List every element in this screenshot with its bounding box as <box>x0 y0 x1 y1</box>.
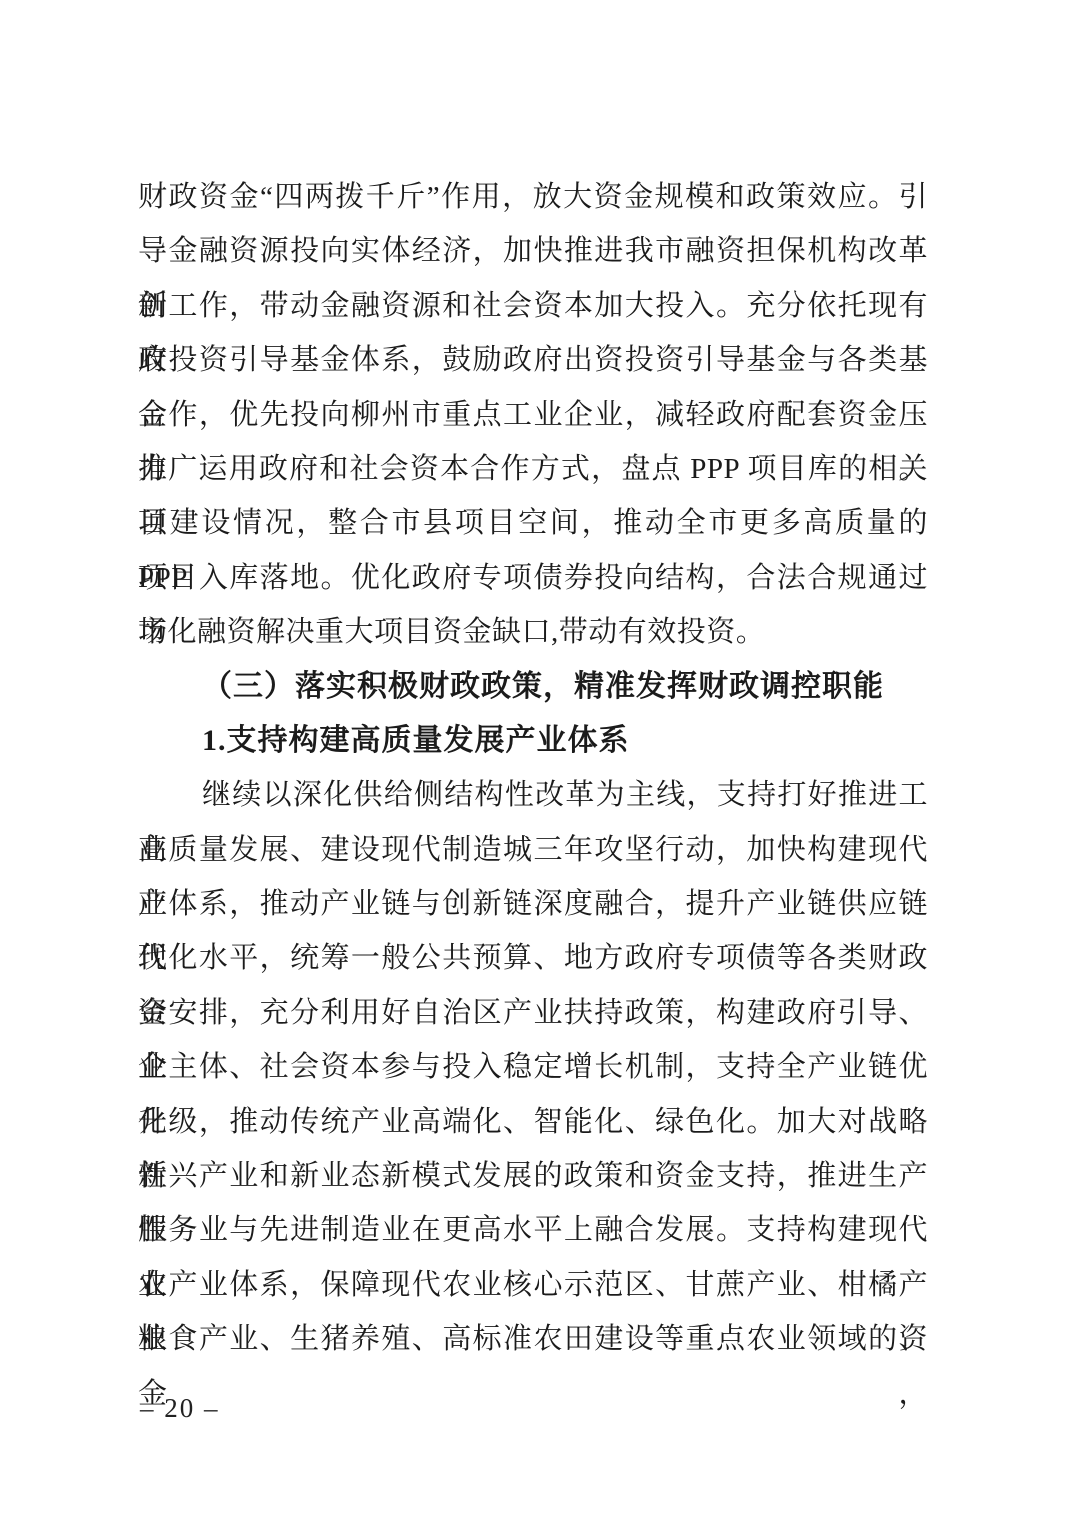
text-line: 业体系，推动产业链与创新链深度融合，提升产业链供应链现 <box>138 877 928 931</box>
document-body: 财政资金“四两拨千斤”作用，放大资金规模和政策效应。引导金融资源投向实体经济，加… <box>138 170 928 1367</box>
page-number: – 20 – <box>140 1391 220 1425</box>
text-line: 业主体、社会资本参与投入稳定增长机制，支持全产业链优化 <box>138 1040 928 1094</box>
text-line: 业产业体系，保障现代农业核心示范区、甘蔗产业、柑橘产业、 <box>138 1258 928 1312</box>
text-line: 升级，推动传统产业高端化、智能化、绿色化。加大对战略性 <box>138 1095 928 1149</box>
text-line: 高质量发展、建设现代制造城三年攻坚行动，加快构建现代产 <box>138 823 928 877</box>
text-line: 服务业与先进制造业在更高水平上融合发展。支持构建现代农 <box>138 1203 928 1257</box>
text-line: 场化融资解决重大项目资金缺口,带动有效投资。 <box>138 605 928 659</box>
text-line: 代化水平，统筹一般公共预算、地方政府专项债等各类财政资 <box>138 931 928 985</box>
text-line: 府投资引导基金体系，鼓励政府出资投资引导基金与各类基金 <box>138 333 928 387</box>
text-line: 财政资金“四两拨千斤”作用，放大资金规模和政策效应。引 <box>138 170 928 224</box>
text-line: 推广运用政府和社会资本合作方式，盘点 PPP 项目库的相关项 <box>138 442 928 496</box>
text-line: 新工作，带动金融资源和社会资本加大投入。充分依托现有政 <box>138 279 928 333</box>
text-line: 项目入库落地。优化政府专项债券投向结构，合法合规通过市 <box>138 551 928 605</box>
text-line: 金安排，充分利用好自治区产业扶持政策，构建政府引导、企 <box>138 986 928 1040</box>
text-line: 导金融资源投向实体经济，加快推进我市融资担保机构改革创 <box>138 224 928 278</box>
section-heading: （三）落实积极财政政策，精准发挥财政调控职能 <box>138 660 928 714</box>
text-line: 继续以深化供给侧结构性改革为主线，支持打好推进工业 <box>138 768 928 822</box>
text-line: 粮食产业、生猪养殖、高标准农田建设等重点农业领域的资金， <box>138 1312 928 1366</box>
document-page: 财政资金“四两拨千斤”作用，放大资金规模和政策效应。引导金融资源投向实体经济，加… <box>0 0 1074 1520</box>
text-line: 新兴产业和新业态新模式发展的政策和资金支持，推进生产性 <box>138 1149 928 1203</box>
sub-heading: 1.支持构建高质量发展产业体系 <box>138 714 928 768</box>
text-line: 合作，优先投向柳州市重点工业企业，减轻政府配套资金压力。 <box>138 388 928 442</box>
text-line: 目建设情况，整合市县项目空间，推动全市更多高质量的 PPP <box>138 496 928 550</box>
